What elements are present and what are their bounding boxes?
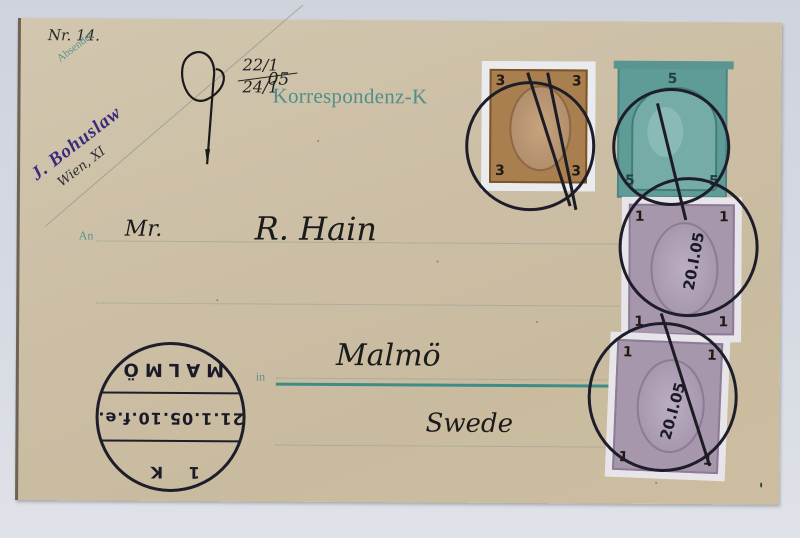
city-underline xyxy=(276,383,616,388)
stamp-value: 5 xyxy=(668,71,678,87)
postal-card: Nr. 14. Absender J. Bohuslaw Wien, XI 22… xyxy=(15,18,782,505)
recipient-country: Swede xyxy=(425,408,513,439)
paper-speck xyxy=(760,483,762,488)
address-line-1 xyxy=(97,240,697,245)
address-label-in: in xyxy=(256,369,265,384)
address-line-2 xyxy=(96,302,696,307)
recipient-name: R. Hain xyxy=(255,209,377,248)
paper-speck xyxy=(536,321,538,323)
paper-speck xyxy=(216,299,218,301)
postmark-date: 21.1.05.10.f.e. xyxy=(96,408,246,428)
stamp-value: 1 xyxy=(718,314,728,330)
recipient-city: Malmö xyxy=(336,338,441,374)
wien-postmark xyxy=(587,321,738,472)
recipient-title: Mr. xyxy=(125,217,163,242)
postmark-city: MALMÖ xyxy=(96,358,246,380)
malmo-postmark: 1 K 21.1.05.10.f.e. MALMÖ xyxy=(95,341,246,492)
paper-speck xyxy=(317,140,319,142)
stamp-frame xyxy=(614,61,734,70)
postmark-office: 1 K xyxy=(95,462,245,482)
stamp-value: 3 xyxy=(572,73,582,89)
paper-speck xyxy=(437,261,439,263)
card-title: Korrespondenz-K xyxy=(272,84,427,110)
wien-postmark xyxy=(465,81,596,212)
address-line-4 xyxy=(275,445,615,448)
address-label-to: An xyxy=(79,228,94,243)
address-line-3 xyxy=(276,378,616,381)
paper-speck xyxy=(655,482,657,484)
handwritten-initial xyxy=(177,39,238,169)
